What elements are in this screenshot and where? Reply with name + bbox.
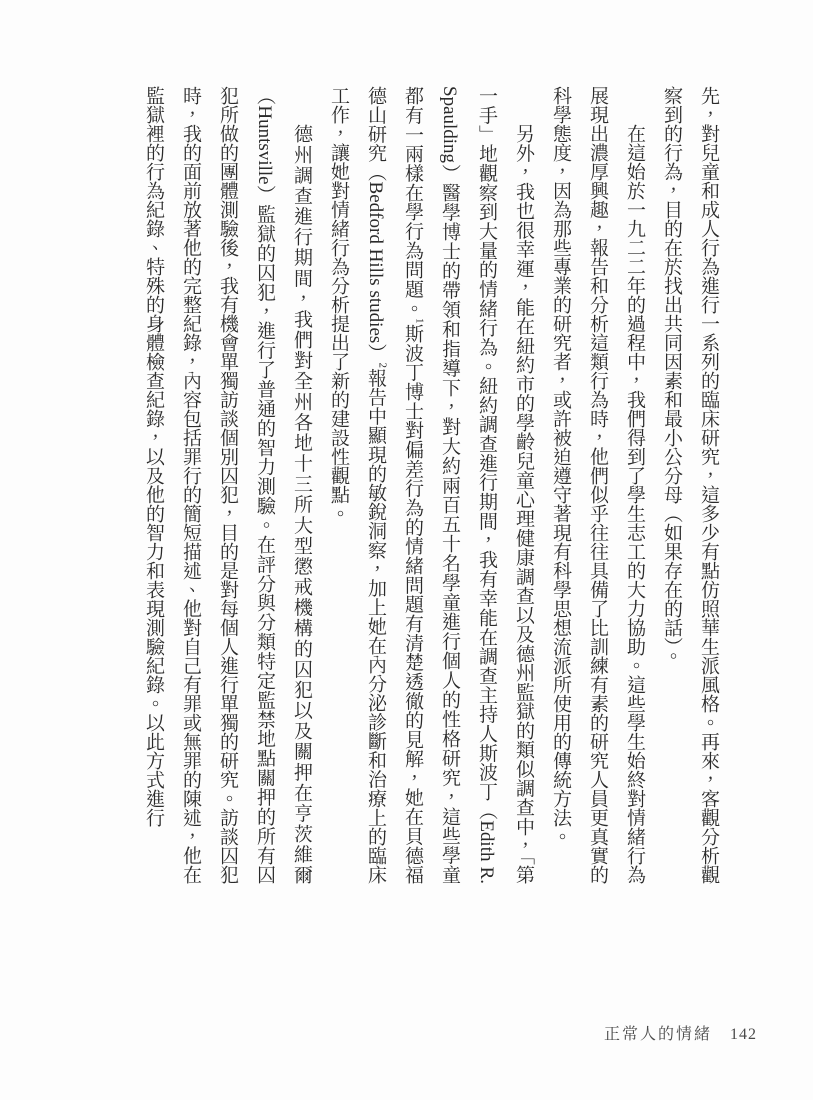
paragraph: 另外，我也很幸運，能在紐約市的學齡兒童心理健康調查以及德州監獄的類似調查中，「第… xyxy=(320,86,542,884)
running-title: 正常人的情緒 xyxy=(604,1026,712,1043)
text-run: 先，對兒童和成人行為進行一系列的臨床研究，這多少有點仿照華生派風格。再來，客觀分… xyxy=(661,86,719,884)
text-block: 先，對兒童和成人行為進行一系列的臨床研究，這多少有點仿照華生派風格。再來，客觀分… xyxy=(135,86,727,884)
paragraph: 德州調查進行期間，我們對全州各地十三所大型懲戒機構的囚犯以及關押在亨茨維爾（Hu… xyxy=(135,86,320,884)
paragraph: 先，對兒童和成人行為進行一系列的臨床研究，這多少有點仿照華生派風格。再來，客觀分… xyxy=(653,86,727,884)
page-number: 142 xyxy=(730,1026,757,1043)
paragraph: 在這始於一九二二年的過程中，我們得到了學生志工的大力協助。這些學生始終對情緒行為… xyxy=(542,86,653,884)
page-footer: 正常人的情緒142 xyxy=(604,1021,757,1044)
text-run: 在這始於一九二二年的過程中，我們得到了學生志工的大力協助。這些學生始終對情緒行為… xyxy=(550,86,645,884)
text-run: 德州調查進行期間，我們對全州各地十三所大型懲戒機構的囚犯以及關押在亨茨維爾（Hu… xyxy=(143,86,312,884)
book-page: 先，對兒童和成人行為進行一系列的臨床研究，這多少有點仿照華生派風格。再來，客觀分… xyxy=(0,0,813,1100)
